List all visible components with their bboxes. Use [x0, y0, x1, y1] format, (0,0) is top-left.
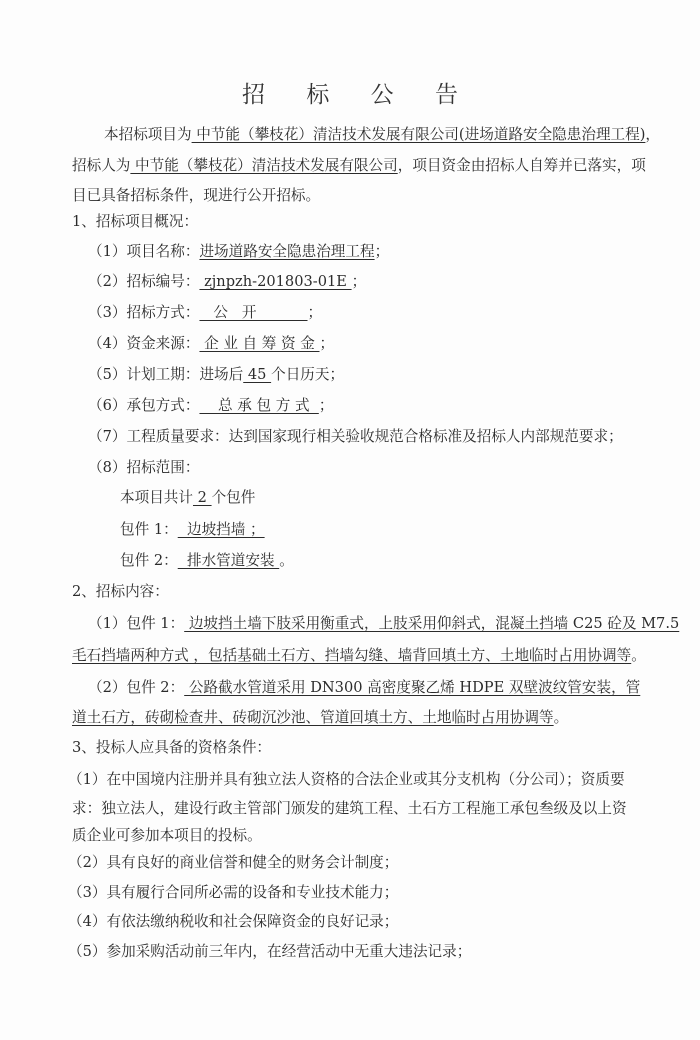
scope-package-1: 包件 1： 边坡挡墙 ；	[120, 521, 676, 539]
qualification-3: （3）具有履行合同所必需的设备和专业技术能力；	[68, 884, 624, 902]
package-1-content-line-1: （1）包件 1： 边坡挡土墙下肢采用衡重式，上肢采用仰斜式，混凝土挡墙 C25 …	[88, 615, 644, 633]
scope-package-2: 包件 2： 排水管道安装 。	[120, 552, 676, 570]
item-tender-method: （3）招标方式： 公 开 ；	[88, 304, 644, 322]
item-project-name: （1）项目名称：进场道路安全隐患治理工程；	[88, 243, 644, 261]
item-tender-number: （2）招标编号： zjnpzh-201803-01E ；	[88, 273, 644, 291]
package-2-content-line-2: 道土石方，砖砌检查井、砖砌沉沙池、管道回填土方、土地临时占用协调等。	[72, 709, 628, 727]
item-tender-scope: （8）招标范围：	[88, 459, 644, 477]
qualification-1-line-2: 求：独立法人，建设行政主管部门颁发的建筑工程、土石方工程施工承包叁级及以上资	[72, 800, 628, 818]
intro-line-3: 目已具备招标条件，现进行公开招标。	[72, 187, 628, 205]
project-name: 中节能（攀枝花）清洁技术发展有限公司(进场道路安全隐患治理工程)	[192, 126, 646, 143]
item-quality-requirement: （7）工程质量要求：达到国家现行相关验收规范合格标准及招标人内部规范要求；	[88, 428, 644, 446]
document-page: 招 标 公 告 本招标项目为 中节能（攀枝花）清洁技术发展有限公司(进场道路安全…	[0, 0, 700, 1040]
item-contract-method: （6）承包方式： 总 承 包 方 式 ；	[88, 397, 644, 415]
qualification-5: （5）参加采购活动前三年内，在经营活动中无重大违法记录；	[68, 943, 624, 961]
intro-line-1: 本招标项目为 中节能（攀枝花）清洁技术发展有限公司(进场道路安全隐患治理工程)，	[104, 126, 660, 144]
section-2-heading: 2、招标内容：	[72, 583, 628, 601]
page-title: 招 标 公 告	[0, 76, 700, 109]
qualification-2: （2）具有良好的商业信誉和健全的财务会计制度；	[68, 854, 624, 872]
tenderer-name: 中节能（攀枝花）清洁技术发展有限公司	[130, 157, 397, 174]
section-1-heading: 1、招标项目概况：	[72, 213, 628, 231]
item-schedule: （5）计划工期：进场后 45 个日历天；	[88, 366, 644, 384]
qualification-4: （4）有依法缴纳税收和社会保障资金的良好记录；	[68, 913, 624, 931]
scope-package-count: 本项目共计 2 个包件	[120, 489, 676, 507]
intro-line-2: 招标人为 中节能（攀枝花）清洁技术发展有限公司，项目资金由招标人自筹并已落实，项	[72, 157, 628, 175]
qualification-1-line-3: 质企业可参加本项目的投标。	[72, 827, 628, 845]
section-3-heading: 3、投标人应具备的资格条件：	[72, 739, 628, 757]
item-fund-source: （4）资金来源： 企 业 自 筹 资 金 ；	[88, 335, 644, 353]
package-1-content-line-2: 毛石挡墙两种方式 ，包括基础土石方、挡墙勾缝、墙背回填土方、土地临时占用协调等。	[72, 647, 628, 665]
package-2-content-line-1: （2）包件 2： 公路截水管道采用 DN300 高密度聚乙烯 HDPE 双壁波纹…	[88, 679, 644, 697]
qualification-1-line-1: （1）在中国境内注册并具有独立法人资格的合法企业或其分支机构（分公司）；资质要	[68, 771, 624, 789]
